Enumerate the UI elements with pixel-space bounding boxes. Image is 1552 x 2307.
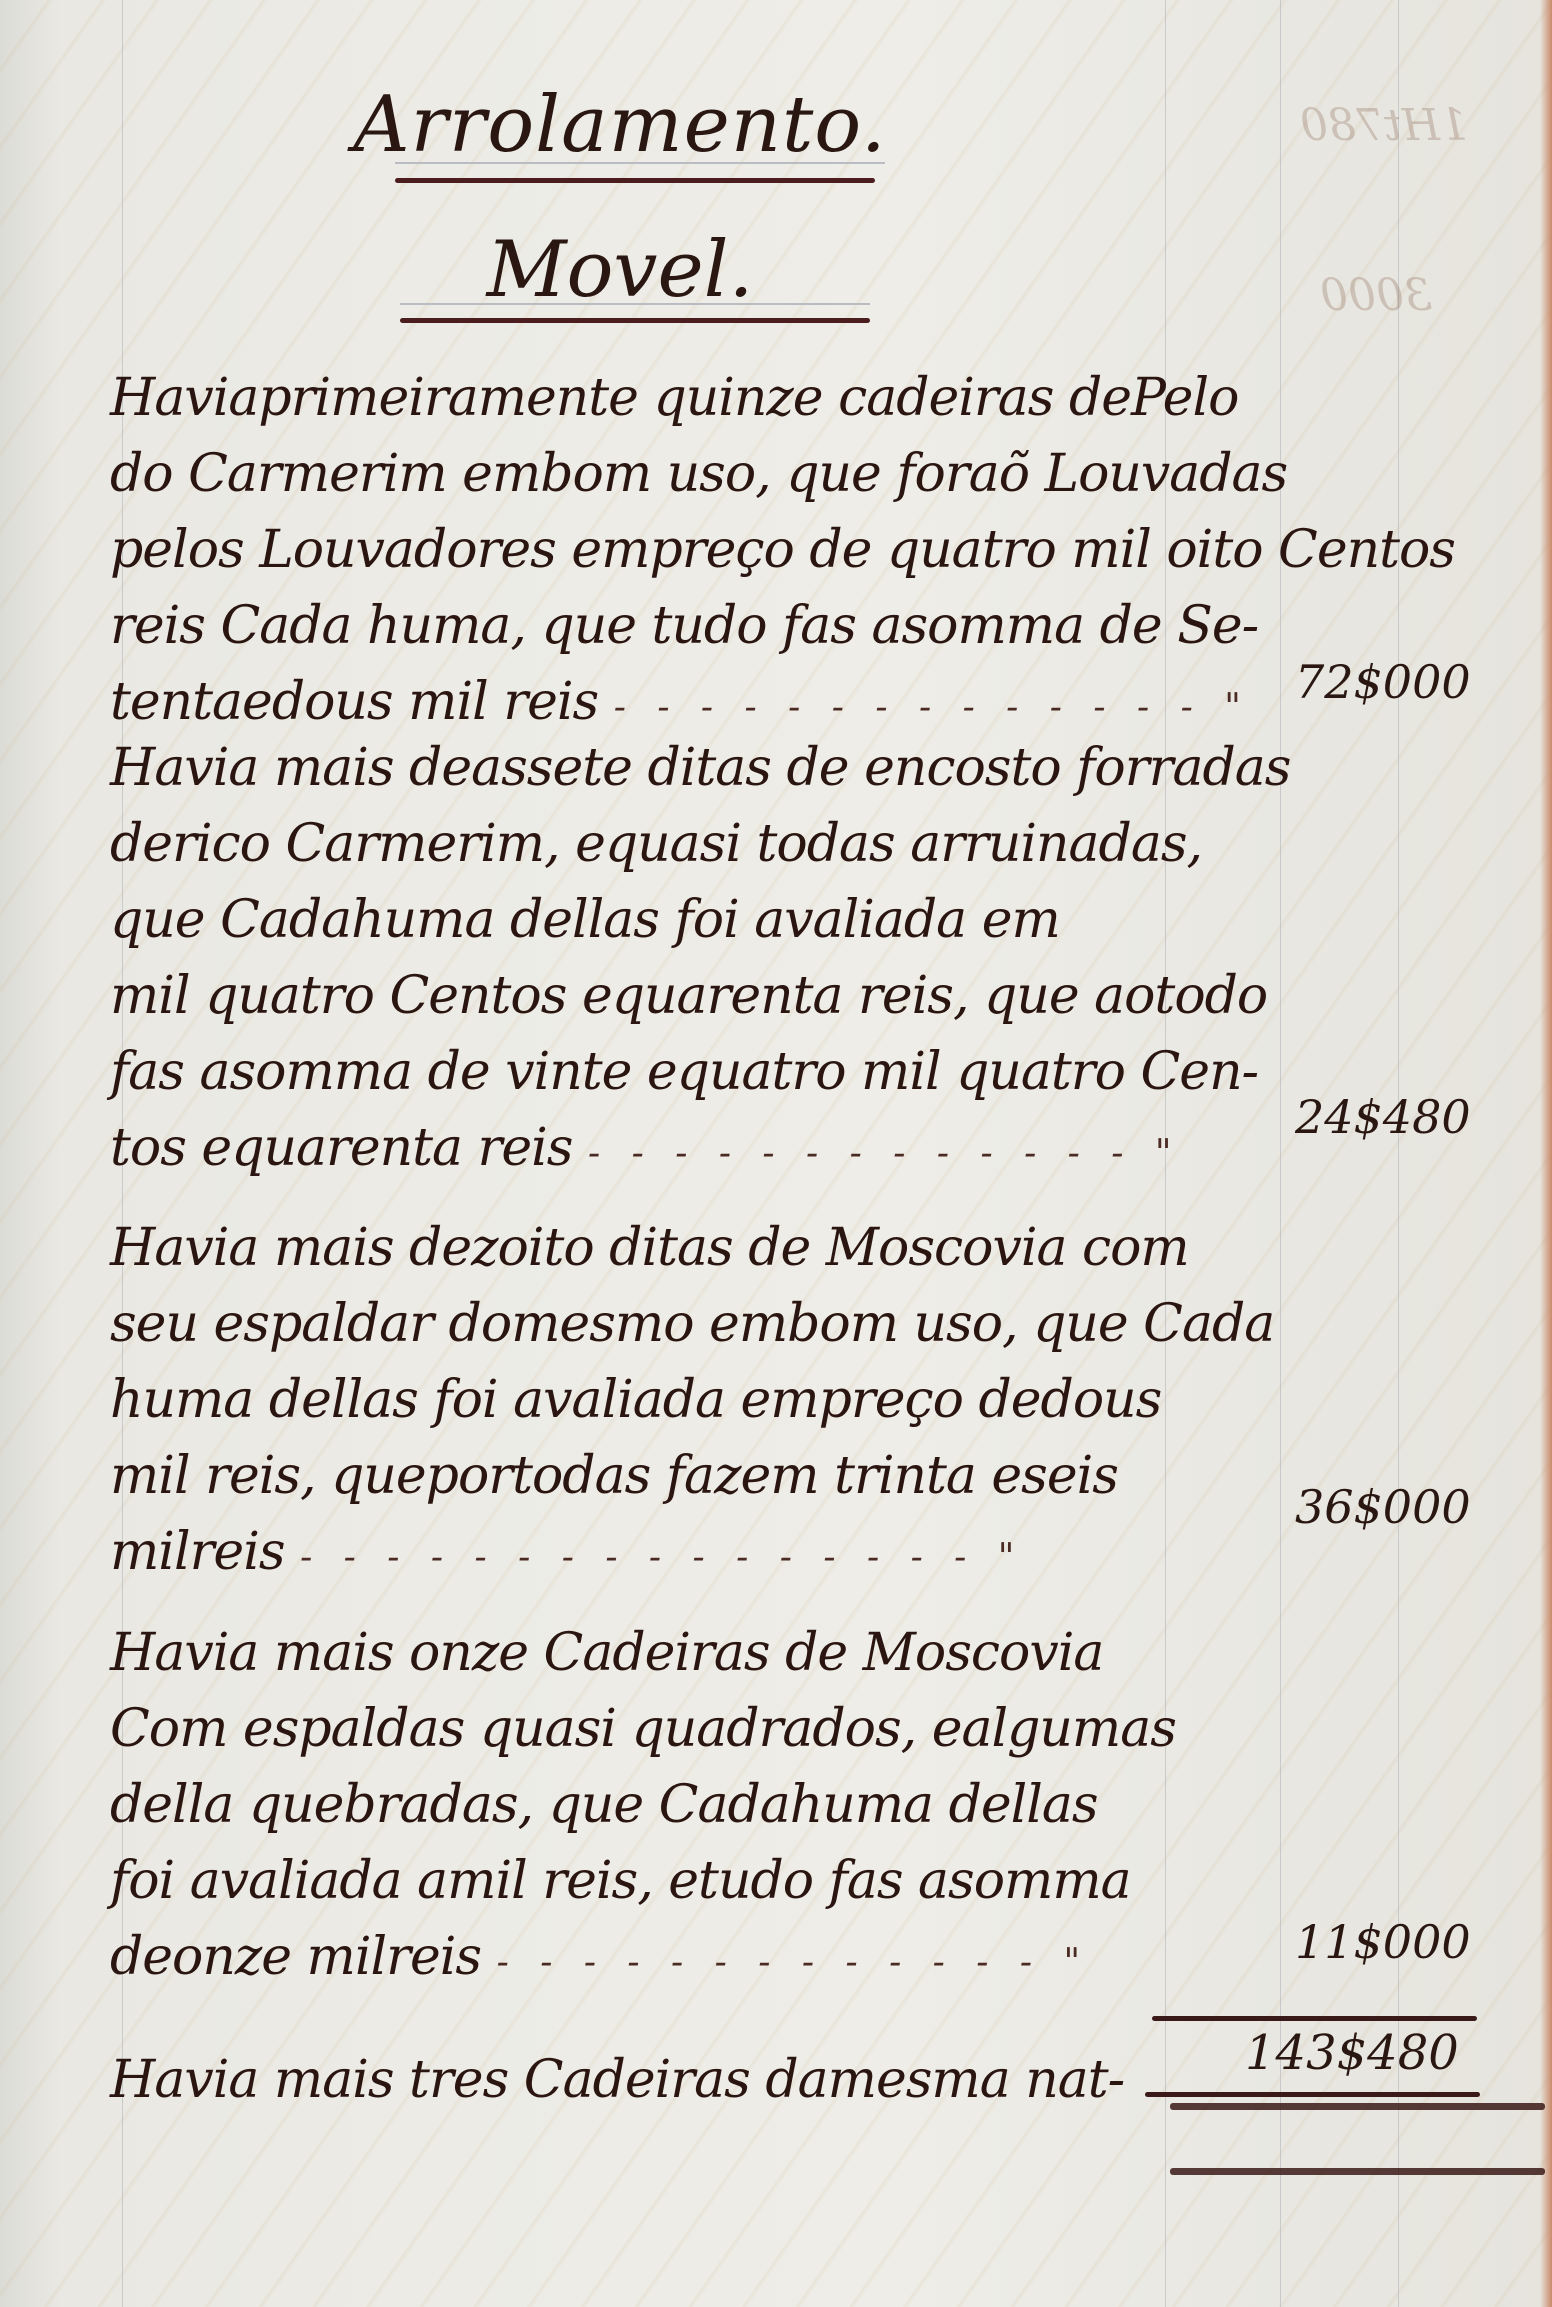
inventory-entry: Haviaprimeiramente quinze cadeiras dePel… xyxy=(110,360,1200,740)
entry-text-line: fas asomma de vinte equatro mil quatro C… xyxy=(110,1034,1200,1110)
entry-text-line: deonze milreis xyxy=(110,1927,481,1987)
double-rule xyxy=(1170,2103,1545,2110)
inventory-entry: Havia mais onze Cadeiras de Moscovia Com… xyxy=(110,1615,1200,1995)
entry-text-line: della quebradas, que Cadahuma dellas xyxy=(110,1767,1200,1843)
entry-text-line: Havia mais deassete ditas de encosto for… xyxy=(110,730,1200,806)
entry-text-line: Haviaprimeiramente quinze cadeiras dePel… xyxy=(110,360,1200,436)
inventory-entry: Havia mais deassete ditas de encosto for… xyxy=(110,730,1200,1186)
entry-text-line: tos equarenta reis xyxy=(110,1118,572,1178)
entry-text-line: mil reis, queportodas fazem trinta eseis xyxy=(110,1438,1200,1514)
entry-text-line: derico Carmerim, equasi todas arruinadas… xyxy=(110,806,1200,882)
entry-text-line: foi avaliada amil reis, etudo fas asomma xyxy=(110,1843,1200,1919)
double-rule xyxy=(1170,2168,1545,2175)
entry-text-line: milreis xyxy=(110,1522,285,1582)
entry-amount: 11$000 xyxy=(1295,1915,1495,1969)
entry-text-line: tentaedous mil reis xyxy=(110,672,598,732)
page-subtitle: Movel. xyxy=(0,225,1240,315)
entry-text-line: huma dellas foi avaliada empreço dedous xyxy=(110,1362,1200,1438)
leader-dashes: - - - - - - - - - - - - - - - - " xyxy=(300,1537,1024,1578)
entry-text-line: Havia mais dezoito ditas de Moscovia com xyxy=(110,1210,1200,1286)
entry-amount: 24$480 xyxy=(1295,1090,1495,1144)
entry-text-line: pelos Louvadores empreço de quatro mil o… xyxy=(110,512,1200,588)
leader-dashes: - - - - - - - - - - - - - " xyxy=(588,1133,1181,1174)
entry-text-line: seu espaldar domesmo embom uso, que Cada xyxy=(110,1286,1200,1362)
bleed-through-mark: 3000 xyxy=(1320,270,1432,321)
entry-text-line: Havia mais tres Cadeiras damesma nat- xyxy=(110,2042,1200,2118)
ruling-line xyxy=(395,162,885,164)
entry-text-line: Havia mais onze Cadeiras de Moscovia xyxy=(110,1615,1200,1691)
ruling-line xyxy=(400,303,870,305)
leader-dashes: - - - - - - - - - - - - - - " xyxy=(614,687,1251,728)
amount-column-rule xyxy=(1280,0,1281,2307)
entry-amount: 72$000 xyxy=(1295,655,1495,709)
sum-rule-top xyxy=(1152,2016,1477,2021)
page-title: Arrolamento. xyxy=(0,80,1240,170)
entry-text-line: que Cadahuma dellas foi avaliada em xyxy=(110,882,1200,958)
leader-dashes: - - - - - - - - - - - - - " xyxy=(497,1942,1090,1983)
bleed-through-mark: 1Ht780 xyxy=(1300,100,1468,151)
entry-text-line: mil quatro Centos equarenta reis, que ao… xyxy=(110,958,1200,1034)
entry-text-line: reis Cada huma, que tudo fas asomma de S… xyxy=(110,588,1200,664)
title-underline xyxy=(395,178,875,183)
continuation-entry: Havia mais tres Cadeiras damesma nat- xyxy=(110,2042,1200,2118)
inventory-entry: Havia mais dezoito ditas de Moscovia com… xyxy=(110,1210,1200,1590)
page-total: 143$480 xyxy=(1245,2025,1445,2081)
entry-text-line: do Carmerim embom uso, que foraõ Louvada… xyxy=(110,436,1200,512)
manuscript-page: 1Ht780 3000 Arrolamento. Movel. Haviapri… xyxy=(0,0,1552,2307)
entry-amount: 36$000 xyxy=(1295,1480,1495,1534)
subtitle-underline xyxy=(400,318,870,323)
entry-text-line: Com espaldas quasi quadrados, ealgumas xyxy=(110,1691,1200,1767)
